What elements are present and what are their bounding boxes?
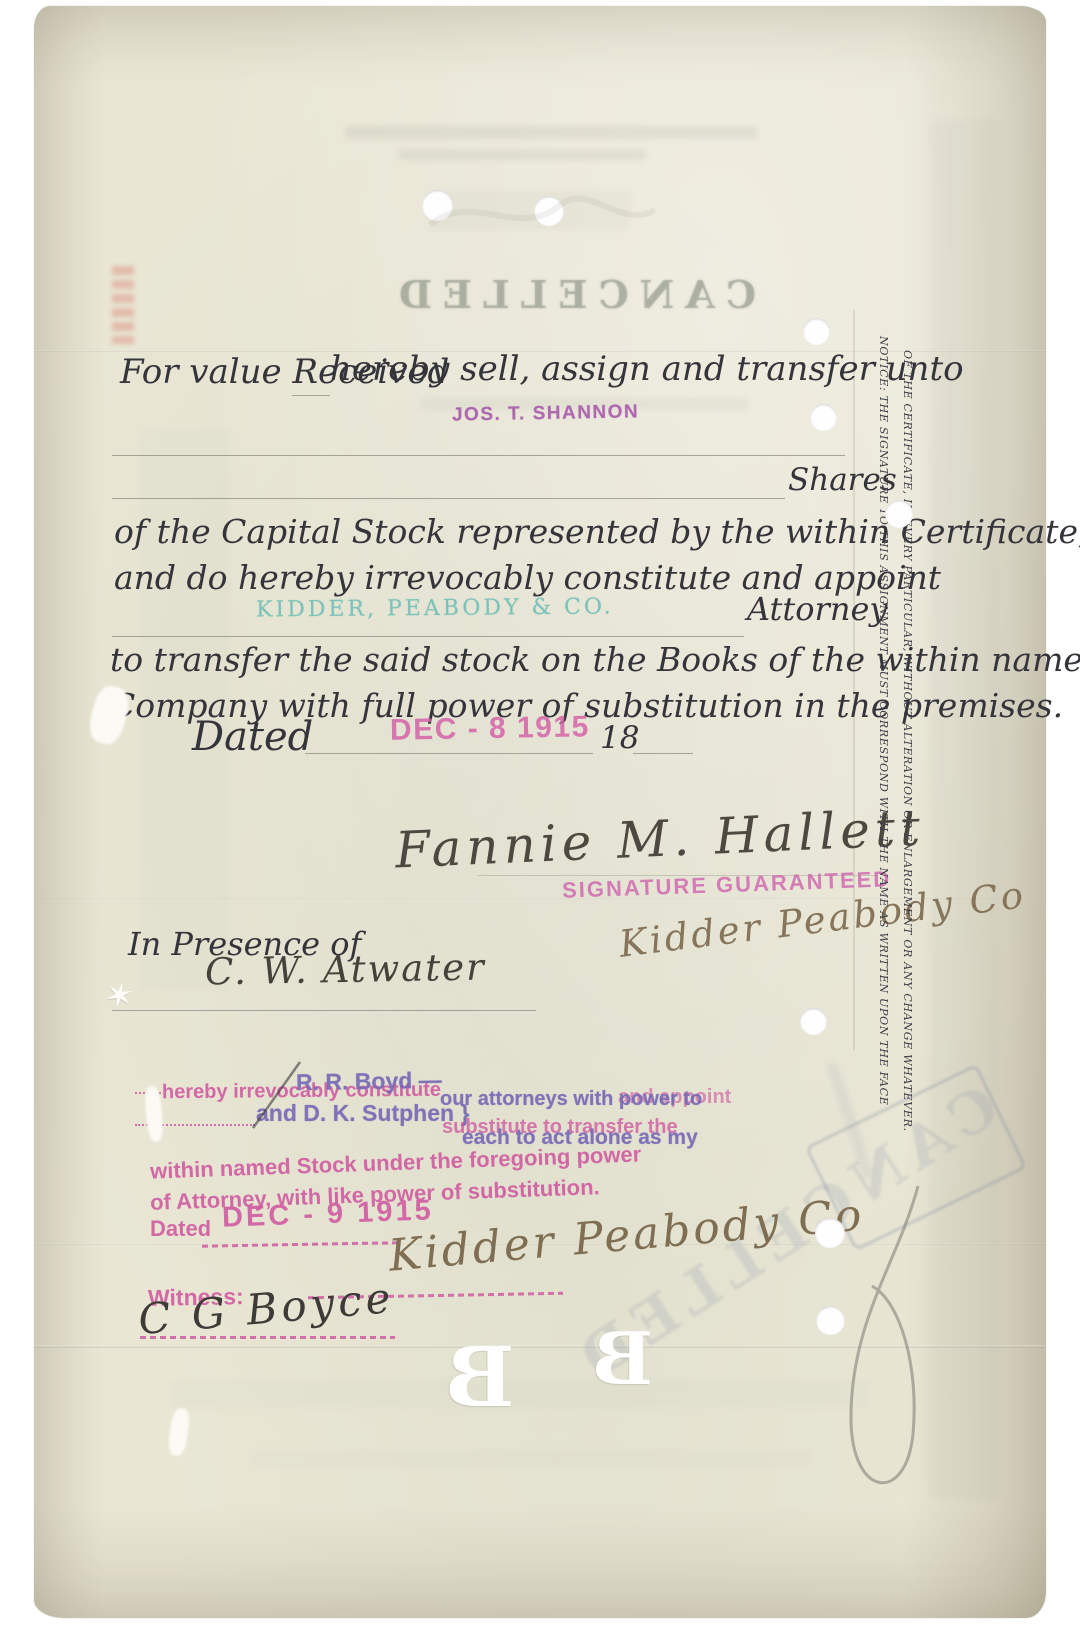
notice-line2: OF THE CERTIFICATE, IN EVERY PARTICULAR,… xyxy=(901,350,914,1132)
form-rule xyxy=(112,636,744,637)
bleedthrough-border-ghost xyxy=(930,120,1000,1500)
substitution-purple-line1: our attorneys with power to xyxy=(440,1088,702,1111)
capital-stock-line1: of the Capital Stock represented by the … xyxy=(114,512,1080,551)
date-stamp-dec8: DEC - 8 1915 xyxy=(390,710,590,747)
notice-line1: NOTICE: THE SIGNATURE TO THIS ASSIGNMENT… xyxy=(877,336,890,1105)
punch-hole xyxy=(800,1008,827,1035)
punch-hole xyxy=(885,500,913,528)
substitution-dated-label: Dated xyxy=(150,1216,211,1242)
paper-fold xyxy=(34,1345,1046,1348)
punch-hole xyxy=(816,1306,845,1335)
scanned-certificate-page: CANCELLED CANCELLED For value Received h… xyxy=(0,0,1080,1625)
year-rule xyxy=(633,753,693,754)
bleedthrough-script-ghost xyxy=(430,190,630,230)
dated-label: Dated xyxy=(192,714,313,760)
blank-line xyxy=(292,395,330,396)
bleedthrough-text-ghost xyxy=(345,126,757,139)
punch-hole xyxy=(810,404,837,431)
punch-hole xyxy=(534,196,564,226)
letter-punch-hole: B xyxy=(445,1330,514,1426)
witness-dotted-rule xyxy=(140,1336,395,1339)
paper-crease-vertical xyxy=(853,310,855,1050)
punch-hole xyxy=(422,190,453,221)
substitution-purple-name2: and D. K. Sutphen } xyxy=(256,1100,469,1127)
form-rule xyxy=(112,498,785,499)
witness-signature-first: C. W. Atwater xyxy=(205,946,486,994)
serial-number-bleedthrough xyxy=(112,266,134,344)
punch-hole xyxy=(803,318,830,345)
witness-rule xyxy=(112,1010,536,1011)
attorney-label: Attorney xyxy=(747,590,887,628)
punch-hole xyxy=(815,1218,845,1248)
bleedthrough-band-ghost xyxy=(250,1450,810,1468)
attorney-firm-stamp: KIDDER, PEABODY & CO. xyxy=(256,594,614,622)
bleedthrough-band-ghost xyxy=(170,1380,870,1408)
opening-phrase-right: hereby sell, assign and transfer unto xyxy=(330,349,964,389)
cancelled-stamp-bleedthrough-top: CANCELLED xyxy=(388,272,756,317)
substitution-purple-name1: R. R. Boyd — xyxy=(296,1067,442,1097)
bleedthrough-text-ghost xyxy=(398,150,646,160)
year-prefix: 18 xyxy=(600,720,639,756)
dated-rule xyxy=(305,753,593,754)
assignee-name-stamp: JOS. T. SHANNON xyxy=(452,401,640,426)
form-rule xyxy=(112,455,845,456)
transfer-line1: to transfer the said stock on the Books … xyxy=(110,640,1080,679)
letter-punch-hole: B xyxy=(592,1316,653,1401)
